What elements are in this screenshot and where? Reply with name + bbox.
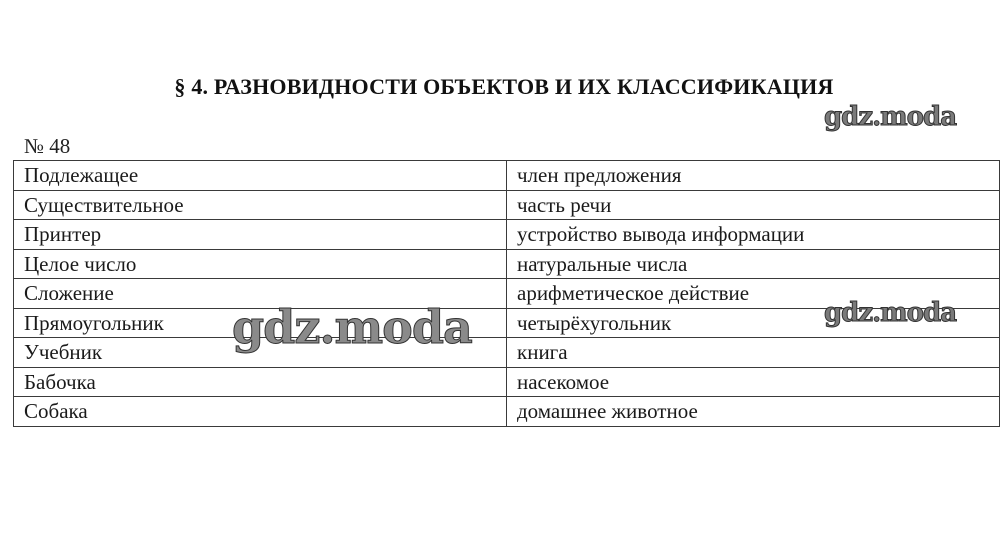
class-cell: книга: [507, 338, 1000, 368]
object-cell: Подлежащее: [14, 161, 507, 191]
table-row: Бабочка насекомое: [14, 367, 1000, 397]
class-cell: натуральные числа: [507, 249, 1000, 279]
watermark-top-right: gdz.moda: [824, 102, 956, 132]
class-cell: насекомое: [507, 367, 1000, 397]
table-row: Собака домашнее животное: [14, 397, 1000, 427]
table-row: Учебник книга: [14, 338, 1000, 368]
class-cell: устройство вывода информации: [507, 220, 1000, 250]
class-cell: член предложения: [507, 161, 1000, 191]
table-row: Существительное часть речи: [14, 190, 1000, 220]
object-cell: Собака: [14, 397, 507, 427]
table-row: Принтер устройство вывода информации: [14, 220, 1000, 250]
table-row: Целое число натуральные числа: [14, 249, 1000, 279]
object-cell: Существительное: [14, 190, 507, 220]
object-cell: Бабочка: [14, 367, 507, 397]
watermark-main: gdz.moda: [232, 300, 472, 354]
class-cell: домашнее животное: [507, 397, 1000, 427]
class-cell: часть речи: [507, 190, 1000, 220]
object-cell: Целое число: [14, 249, 507, 279]
exercise-number: № 48: [24, 134, 70, 159]
section-title: § 4. РАЗНОВИДНОСТИ ОБЪЕКТОВ И ИХ КЛАССИФ…: [0, 74, 1008, 100]
object-cell: Принтер: [14, 220, 507, 250]
classification-table: Подлежащее член предложения Существитель…: [13, 160, 1000, 427]
watermark-middle-right: gdz.moda: [824, 298, 956, 328]
table-row: Подлежащее член предложения: [14, 161, 1000, 191]
